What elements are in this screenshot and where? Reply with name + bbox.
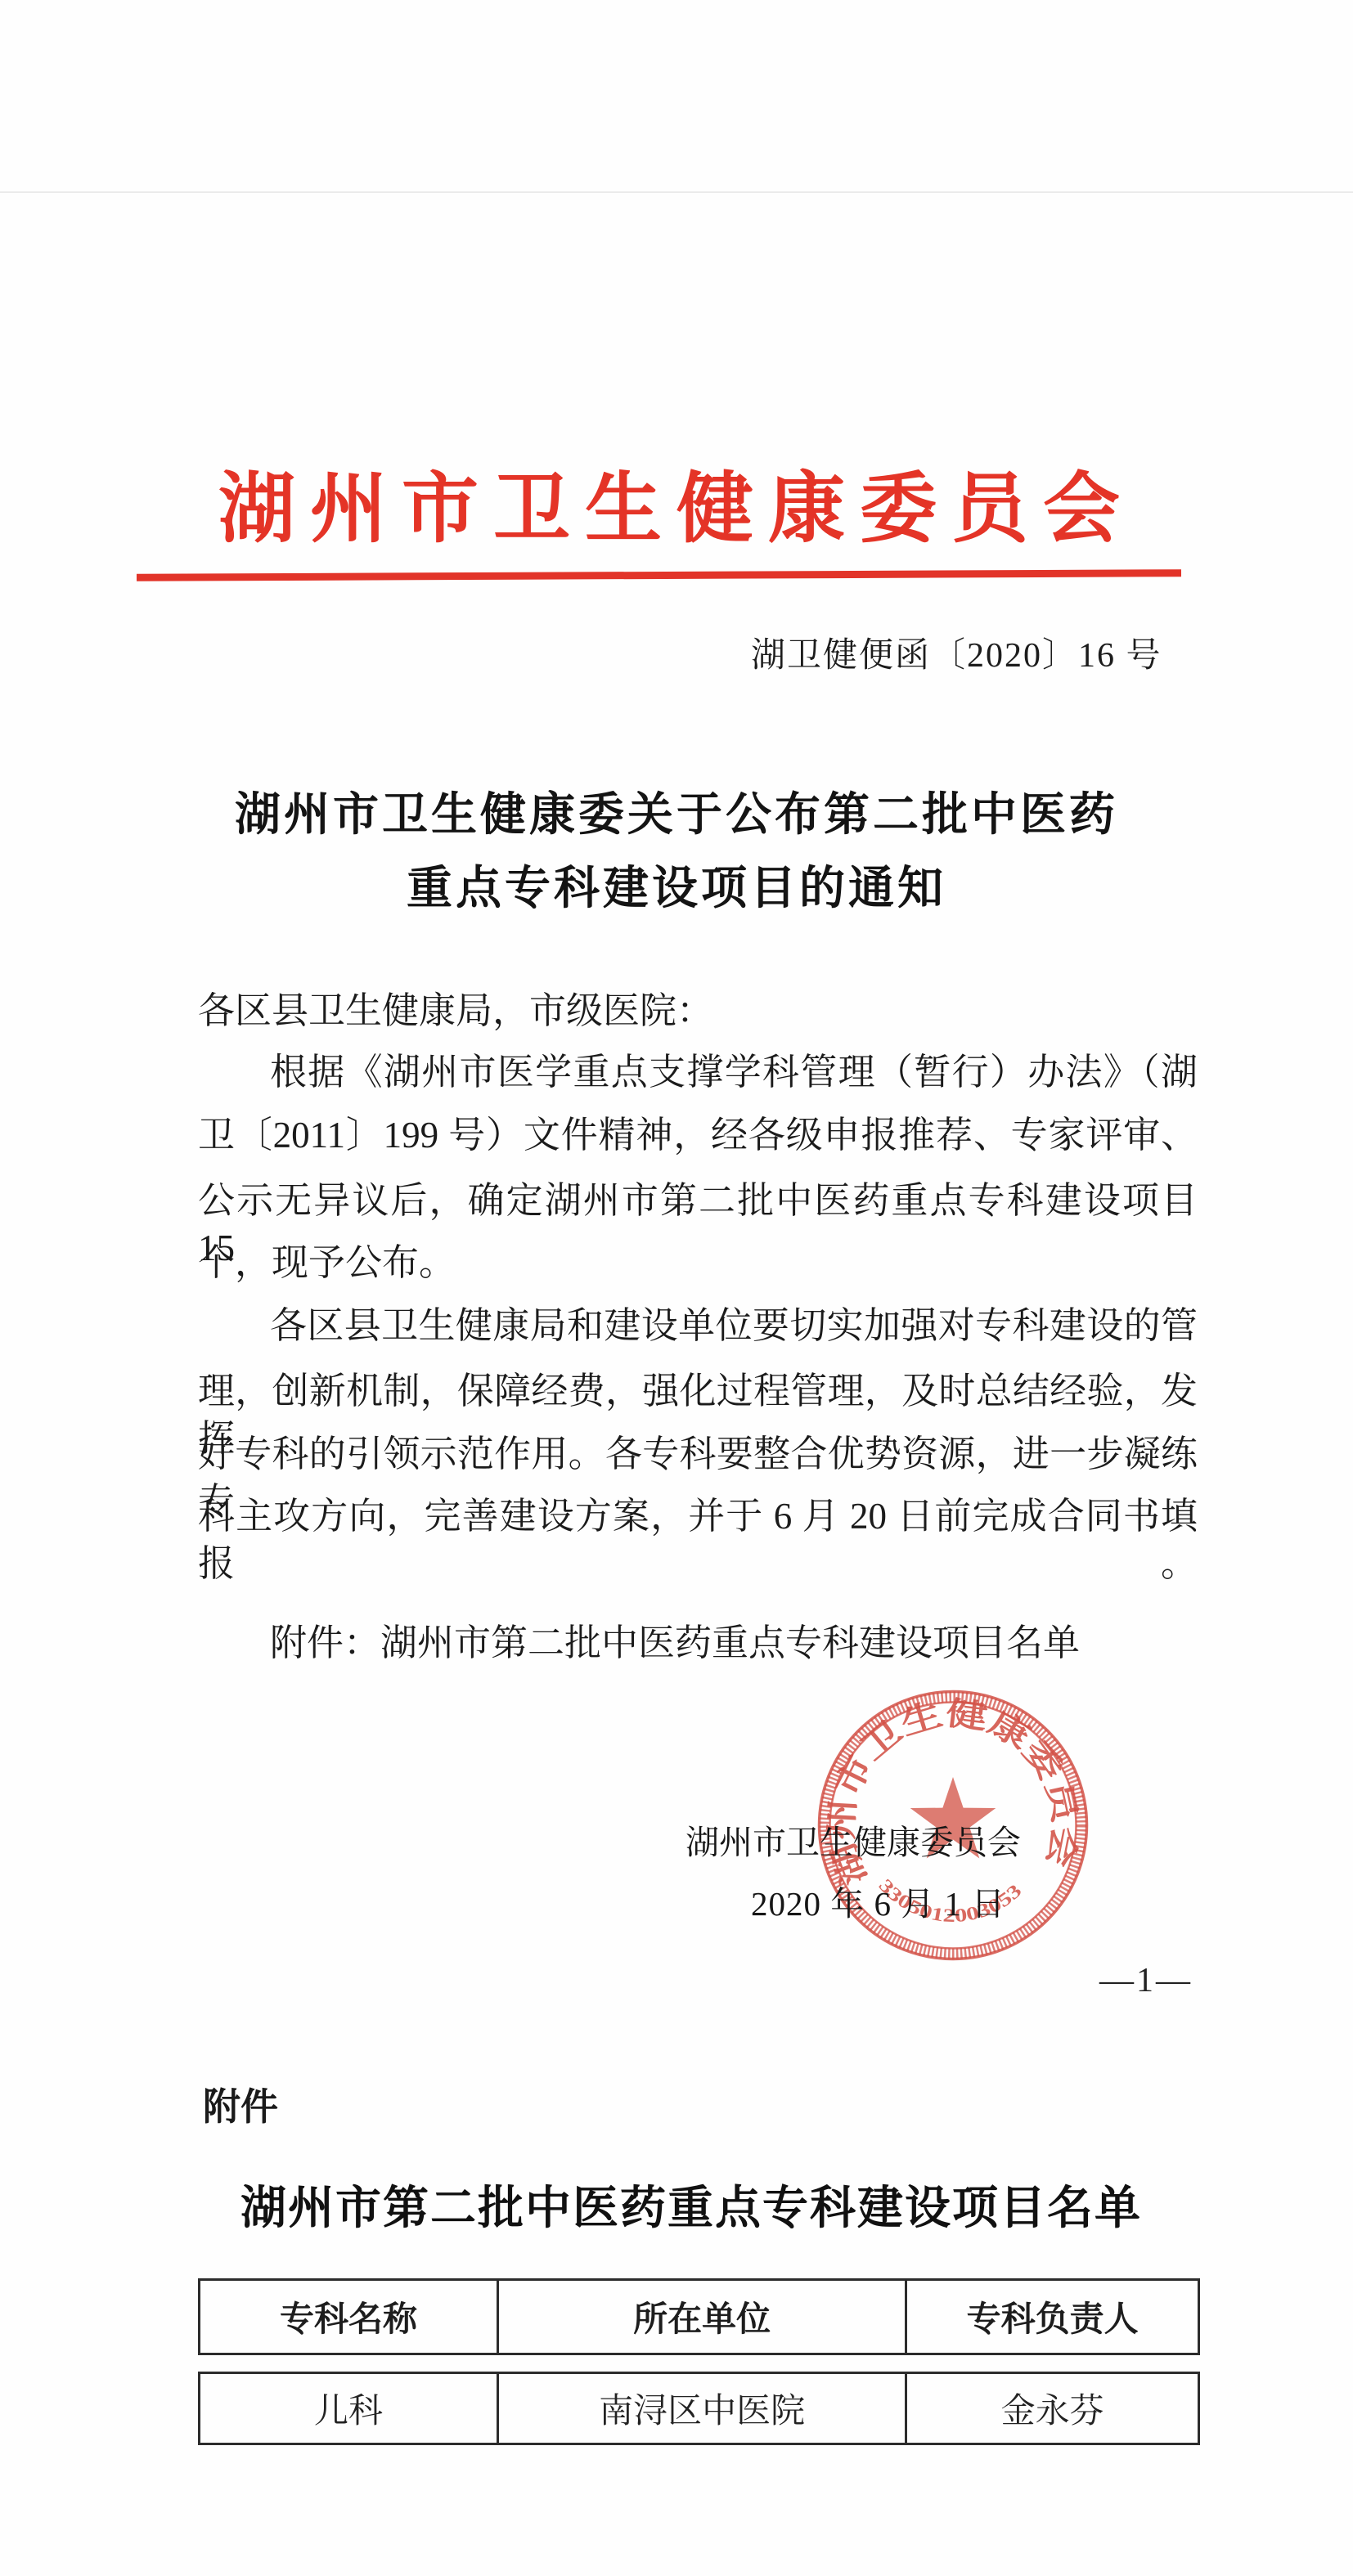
body-line: 科主攻方向，完善建设方案，并于 6 月 20 日前完成合同书填报。 bbox=[198, 1492, 1198, 1587]
body-line: 根据《湖州市医学重点支撑学科管理（暂行）办法》（湖 bbox=[270, 1048, 1198, 1096]
letterhead-red-rule bbox=[137, 569, 1181, 581]
table-cell-institution: 南浔区中医院 bbox=[497, 2374, 907, 2443]
body-line: 卫〔2011〕199 号）文件精神，经各级申报推荐、专家评审、 bbox=[198, 1111, 1198, 1159]
letterhead-agency-title: 湖州市卫生健康委员会 bbox=[0, 447, 1353, 557]
salutation: 各区县卫生健康局，市级医院： bbox=[198, 987, 1198, 1034]
table-header-leader: 专科负责人 bbox=[907, 2281, 1198, 2353]
scanned-official-document: 湖州市卫生健康委员会 湖卫健便函〔2020〕16 号 湖州市卫生健康委关于公布第… bbox=[0, 0, 1353, 2576]
body-line: 各区县卫生健康局和建设单位要切实加强对专科建设的管 bbox=[270, 1302, 1198, 1349]
signature-agency: 湖州市卫生健康委员会 bbox=[685, 1815, 1013, 1864]
page-number: —1— bbox=[1099, 1961, 1193, 2000]
table-row: 儿科 南浔区中医院 金永芬 bbox=[198, 2372, 1200, 2445]
body-line: 个，现予公布。 bbox=[198, 1239, 1198, 1286]
notice-title-line1: 湖州市卫生健康委关于公布第二批中医药 bbox=[0, 779, 1353, 844]
attachment-reference: 附件：湖州市第二批中医药重点专科建设项目名单 bbox=[270, 1619, 1198, 1667]
attachment-title: 湖州市第二批中医药重点专科建设项目名单 bbox=[0, 2172, 1353, 2237]
document-number: 湖卫健便函〔2020〕16 号 bbox=[751, 628, 1162, 677]
table-header-specialty: 专科名称 bbox=[200, 2281, 497, 2353]
scan-page-edge-line bbox=[0, 191, 1353, 193]
table-cell-leader: 金永芬 bbox=[907, 2374, 1198, 2443]
notice-title-line2: 重点专科建设项目的通知 bbox=[0, 852, 1353, 918]
signature-date: 2020 年 6 月 1 日 bbox=[751, 1877, 1005, 1925]
attachment-label: 附件 bbox=[203, 2077, 278, 2131]
table-header-row: 专科名称 所在单位 专科负责人 bbox=[198, 2278, 1200, 2355]
table-cell-specialty: 儿科 bbox=[200, 2374, 497, 2443]
table-header-institution: 所在单位 bbox=[497, 2281, 907, 2353]
